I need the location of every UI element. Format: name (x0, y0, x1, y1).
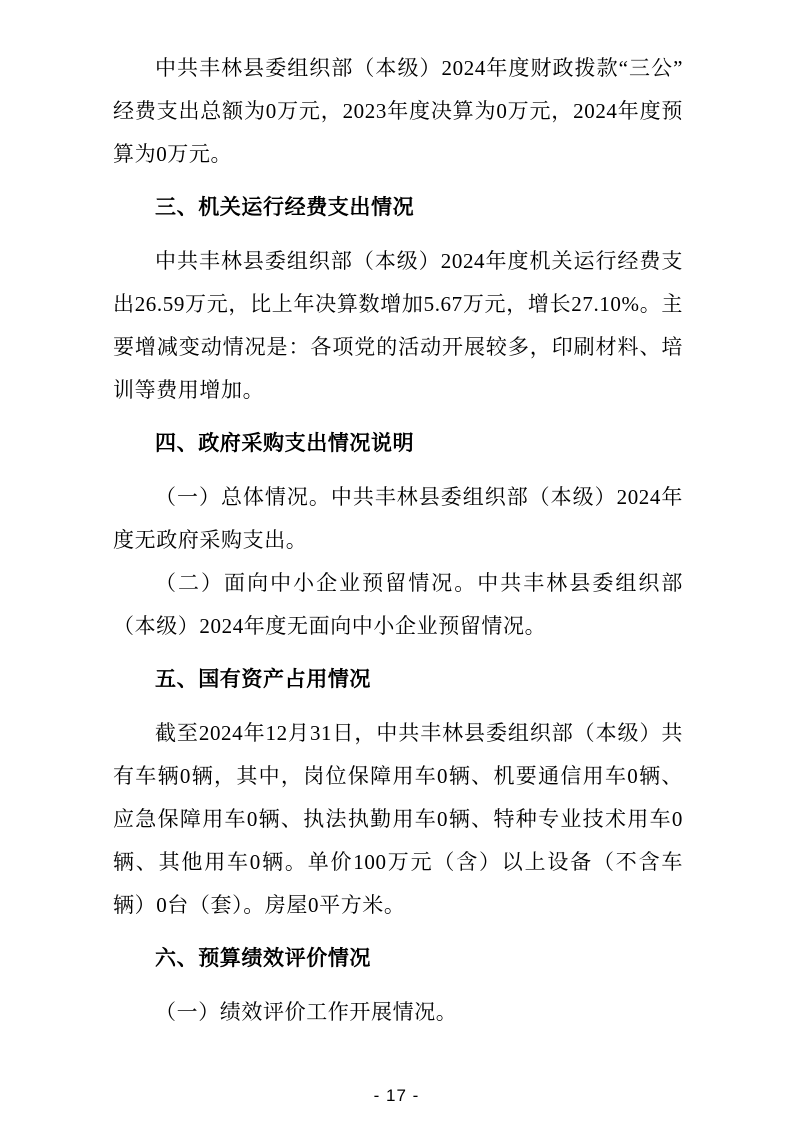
page-number: - 17 - (0, 1086, 793, 1106)
paragraph-performance-evaluation-work: （一）绩效评价工作开展情况。 (113, 991, 683, 1034)
section-heading-operating-expenses: 三、机关运行经费支出情况 (113, 186, 683, 229)
paragraph-three-public-expenses-total: 中共丰林县委组织部（本级）2024年度财政拨款“三公”经费支出总额为0万元，20… (113, 47, 683, 176)
section-heading-government-procurement: 四、政府采购支出情况说明 (113, 422, 683, 465)
paragraph-procurement-overall: （一）总体情况。中共丰林县委组织部（本级）2024年度无政府采购支出。 (113, 476, 683, 562)
document-page: 中共丰林县委组织部（本级）2024年度财政拨款“三公”经费支出总额为0万元，20… (0, 0, 793, 1122)
paragraph-state-owned-assets-detail: 截至2024年12月31日，中共丰林县委组织部（本级）共有车辆0辆，其中，岗位保… (113, 712, 683, 927)
section-heading-budget-performance-evaluation: 六、预算绩效评价情况 (113, 937, 683, 980)
section-heading-state-owned-assets: 五、国有资产占用情况 (113, 658, 683, 701)
paragraph-operating-expenses-detail: 中共丰林县委组织部（本级）2024年度机关运行经费支出26.59万元，比上年决算… (113, 240, 683, 412)
paragraph-procurement-sme-reservation: （二）面向中小企业预留情况。中共丰林县委组织部（本级）2024年度无面向中小企业… (113, 562, 683, 648)
